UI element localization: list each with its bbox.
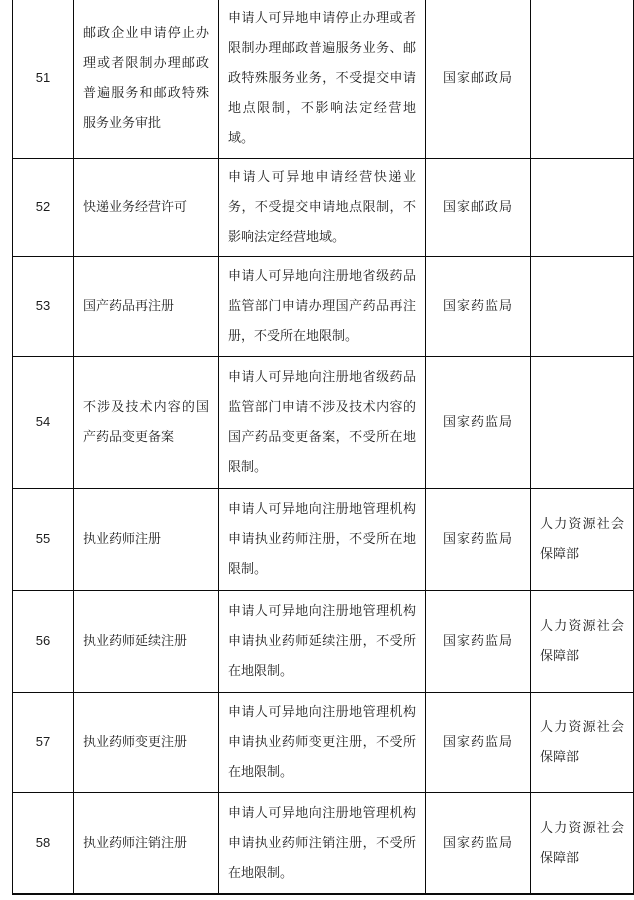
co-department-cell: 人力资源社会保障部 <box>531 692 634 792</box>
row-number-cell: 53 <box>13 256 74 356</box>
row-number-cell: 51 <box>13 0 74 158</box>
department-cell: 国家药监局 <box>426 488 531 590</box>
row-number-cell: 52 <box>13 158 74 256</box>
cross-province-service-items-table: 51 邮政企业申请停止办理或者限制办理邮政普遍服务和邮政特殊服务业务审批 申请人… <box>12 0 634 895</box>
co-department-cell: 人力资源社会保障部 <box>531 488 634 590</box>
department-cell: 国家药监局 <box>426 692 531 792</box>
measure-cell: 申请人可异地申请停止办理或者限制办理邮政普遍服务业务、邮政特殊服务业务，不受提交… <box>219 0 426 158</box>
table-row: 57 执业药师变更注册 申请人可异地向注册地管理机构申请执业药师变更注册，不受所… <box>13 692 634 792</box>
row-number-cell: 56 <box>13 590 74 692</box>
measure-cell: 申请人可异地向注册地管理机构申请执业药师注册，不受所在地限制。 <box>219 488 426 590</box>
measure-cell: 申请人可异地申请经营快递业务，不受提交申请地点限制，不影响法定经营地域。 <box>219 158 426 256</box>
document-page: 51 邮政企业申请停止办理或者限制办理邮政普遍服务和邮政特殊服务业务审批 申请人… <box>0 0 634 900</box>
department-cell: 国家药监局 <box>426 590 531 692</box>
row-number-cell: 58 <box>13 792 74 894</box>
row-number-cell: 57 <box>13 692 74 792</box>
item-name-cell: 邮政企业申请停止办理或者限制办理邮政普遍服务和邮政特殊服务业务审批 <box>74 0 219 158</box>
department-cell: 国家邮政局 <box>426 158 531 256</box>
item-name-cell: 执业药师变更注册 <box>74 692 219 792</box>
table-row: 58 执业药师注销注册 申请人可异地向注册地管理机构申请执业药师注销注册，不受所… <box>13 792 634 894</box>
item-name-cell: 不涉及技术内容的国产药品变更备案 <box>74 356 219 488</box>
table-row: 55 执业药师注册 申请人可异地向注册地管理机构申请执业药师注册，不受所在地限制… <box>13 488 634 590</box>
item-name-cell: 国产药品再注册 <box>74 256 219 356</box>
measure-cell: 申请人可异地向注册地管理机构申请执业药师注销注册，不受所在地限制。 <box>219 792 426 894</box>
table-row: 53 国产药品再注册 申请人可异地向注册地省级药品监管部门申请办理国产药品再注册… <box>13 256 634 356</box>
measure-cell: 申请人可异地向注册地省级药品监管部门申请不涉及技术内容的国产药品变更备案，不受所… <box>219 356 426 488</box>
measure-cell: 申请人可异地向注册地省级药品监管部门申请办理国产药品再注册，不受所在地限制。 <box>219 256 426 356</box>
item-name-cell: 执业药师注销注册 <box>74 792 219 894</box>
co-department-cell <box>531 356 634 488</box>
row-number-cell: 55 <box>13 488 74 590</box>
department-cell: 国家邮政局 <box>426 0 531 158</box>
co-department-cell <box>531 158 634 256</box>
co-department-cell <box>531 256 634 356</box>
co-department-cell: 人力资源社会保障部 <box>531 590 634 692</box>
item-name-cell: 执业药师注册 <box>74 488 219 590</box>
table-row: 51 邮政企业申请停止办理或者限制办理邮政普遍服务和邮政特殊服务业务审批 申请人… <box>13 0 634 158</box>
item-name-cell: 执业药师延续注册 <box>74 590 219 692</box>
row-number-cell: 54 <box>13 356 74 488</box>
table-row: 54 不涉及技术内容的国产药品变更备案 申请人可异地向注册地省级药品监管部门申请… <box>13 356 634 488</box>
co-department-cell: 人力资源社会保障部 <box>531 792 634 894</box>
co-department-cell <box>531 0 634 158</box>
table-row: 56 执业药师延续注册 申请人可异地向注册地管理机构申请执业药师延续注册，不受所… <box>13 590 634 692</box>
table-row: 52 快递业务经营许可 申请人可异地申请经营快递业务，不受提交申请地点限制，不影… <box>13 158 634 256</box>
item-name-cell: 快递业务经营许可 <box>74 158 219 256</box>
department-cell: 国家药监局 <box>426 356 531 488</box>
department-cell: 国家药监局 <box>426 256 531 356</box>
measure-cell: 申请人可异地向注册地管理机构申请执业药师变更注册，不受所在地限制。 <box>219 692 426 792</box>
measure-cell: 申请人可异地向注册地管理机构申请执业药师延续注册，不受所在地限制。 <box>219 590 426 692</box>
department-cell: 国家药监局 <box>426 792 531 894</box>
